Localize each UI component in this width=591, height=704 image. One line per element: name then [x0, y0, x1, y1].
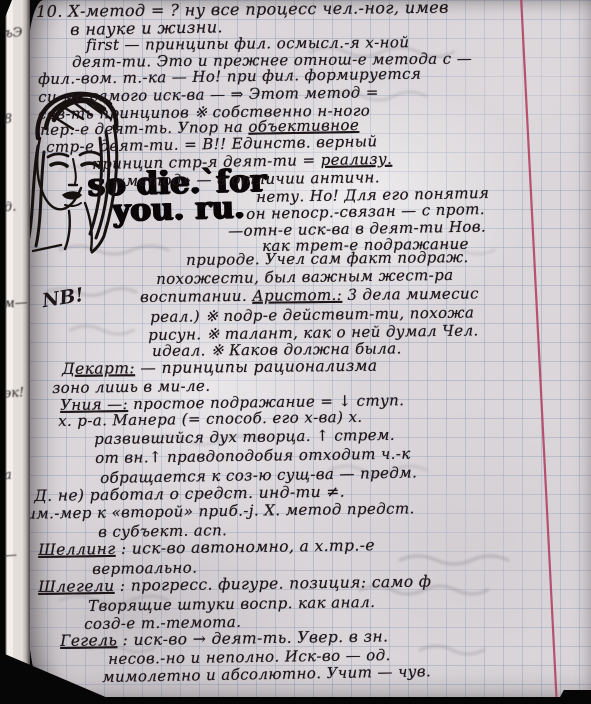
- handwritten-line: воспитании. Аристот.: 3 дела мимесис: [140, 284, 479, 306]
- handwritten-line: Декарт: — принципы рационализма: [62, 357, 378, 378]
- opposite-page-edge: ъЭ8д.м—эк!а—: [0, 0, 30, 704]
- notebook-photo: so die.`for you. ru.: [0, 0, 591, 704]
- edge-writing-fragment: эк!: [4, 385, 25, 401]
- edge-writing-fragment: —: [3, 548, 17, 564]
- photo-bottom-edge: [0, 697, 591, 704]
- handwritten-line: Творящие штуки воспр. как анал.: [88, 593, 375, 615]
- edge-writing-fragment: д.: [3, 200, 16, 216]
- edge-writing-fragment: а: [3, 468, 12, 484]
- handwritten-line: 10. Х-метод = ? ну все процесс чел.-ног,…: [36, 0, 449, 21]
- handwritten-line: Шеллинг : иск-во автономно, а х.тр.-е: [38, 536, 375, 559]
- edge-writing-fragment: 8: [3, 112, 12, 128]
- edge-writing-fragment: м—: [4, 295, 29, 312]
- photo-corner-top-left: [0, 0, 12, 30]
- handwriting-layer: 10. Х-метод = ? ну все процесс чел.-ног,…: [0, 0, 591, 704]
